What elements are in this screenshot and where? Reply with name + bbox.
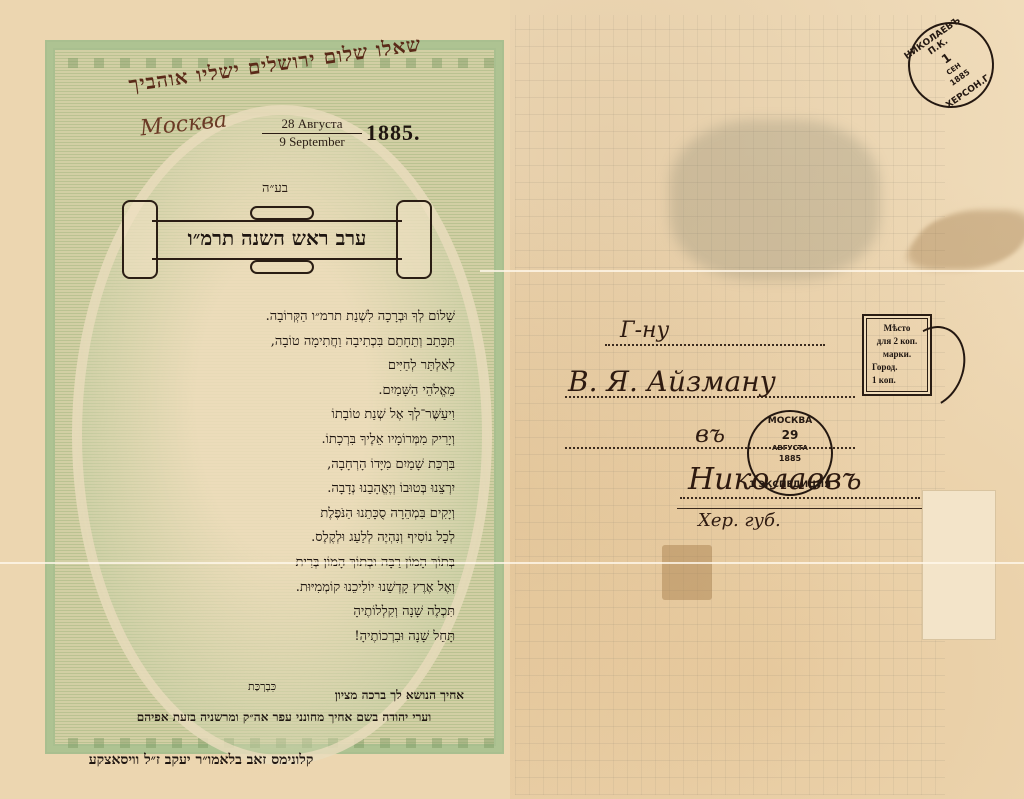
signature-line-1: אחיך הנושא לך ברכה מציון [64, 688, 464, 703]
postmark-month: АВГУСТА [749, 444, 831, 452]
water-stain [670, 120, 880, 280]
address-preposition: въ [695, 420, 725, 448]
address-region: Хер. губ. [698, 510, 781, 531]
poem-line: שָׁלוֹם לְךָ וּבְרָכָה לִשְׁנַת תרמ״ו הַ… [150, 305, 455, 330]
paper-repair-patch [922, 490, 996, 640]
signature-line-2: וערי יהודה בשם אחיך מחונני עפר אה״ק ומרש… [64, 710, 504, 725]
postmark-ring-bottom: 1 ЭКСПЕДИЦИЯ [749, 480, 831, 490]
poem-line: וְיָקִים בִּמְהֵרָה סֻכָּתֵנוּ הַנֹּפֶלֶ… [150, 502, 455, 527]
poem-line: תִּכָּתֵב וְתֵחָתֵם בִּכְתִיבָה וַחֲתִימ… [150, 330, 455, 355]
poem-line: מֵאֱלֹהֵי הַשָּׁמַיִם. [150, 379, 455, 404]
poem-line: לְכָל נוֹסִיף וְנִהְיֶה לְלַעַג וּלְקֶלֶ… [150, 526, 455, 551]
postmark-ring-top: МОСКВА [749, 416, 831, 426]
address-salutation: Г-ну [620, 318, 669, 343]
banner-title: ערב ראש השנה תרמ״ו [152, 226, 402, 251]
date-block: 28 Августа 9 September [262, 116, 362, 150]
poem-line: בִּרְכַּת שָׁמַיִם מִיָּדוֹ הָרְחָבָה, [150, 453, 455, 478]
address-recipient: В. Я. Айзману [568, 365, 776, 398]
document-page: שאלו שלום ירושלים ישליו אוהביך Москва 28… [0, 0, 1024, 799]
year: 1885. [366, 120, 421, 146]
poem-line: תָּחֵל שָׁנָה וּבִרְכוֹתֶיהָ! [150, 625, 455, 650]
poem-line: וִיעַשֶּׁר־לְךָ אֶל שְׁנַת טוֹבָתוֹ [150, 403, 455, 428]
postmark-day: 29 [749, 428, 831, 442]
poem-line: לְאַלְתַּר לְחַיִּים [150, 354, 455, 379]
poem-line: וְאֶל אֶרֶץ קָדְשֵׁנוּ יוֹלִיכֵנוּ קוֹמְ… [150, 576, 455, 601]
tape-residue [662, 545, 712, 600]
publisher-imprint: קלונימס זאב בלאמו״ר יעקב ז״ל וויסאצקע [66, 752, 336, 769]
date-russian: 28 Августа [262, 116, 362, 134]
flourish-top-icon [250, 206, 314, 220]
title-banner: ערב ראש השנה תרמ״ו [122, 200, 432, 275]
postmark-year: 1885 [749, 454, 831, 463]
fold-crease [480, 270, 1024, 272]
poem-line: תִּכְלֶה שָׁנָה וְקִלְלוֹתֶיהָ [150, 600, 455, 625]
address-underline [677, 508, 922, 509]
invocation: בע״ה [235, 180, 315, 196]
flourish-bottom-icon [250, 260, 314, 274]
address-line-1 [605, 344, 825, 346]
greeting-poem: שָׁלוֹם לְךָ וּבְרָכָה לִשְׁנַת תרמ״ו הַ… [150, 305, 455, 649]
moscow-postmark: МОСКВА 29 АВГУСТА 1885 1 ЭКСПЕДИЦИЯ [747, 410, 833, 496]
poem-line: וְיָרִיק מִמְּרוֹמָיו אֵלֶיךָ בִּרְכָתוֹ… [150, 428, 455, 453]
date-english: 9 September [262, 134, 362, 150]
poem-line: יִרְצֵנוּ בְּטוּבוֹ וְיֶאֱהָבֵנוּ נְדָבָ… [150, 477, 455, 502]
address-line-4 [680, 497, 920, 499]
fold-crease [0, 562, 1024, 564]
greeting-leaf: שאלו שלום ירושלים ישליו אוהביך Москва 28… [0, 0, 510, 799]
